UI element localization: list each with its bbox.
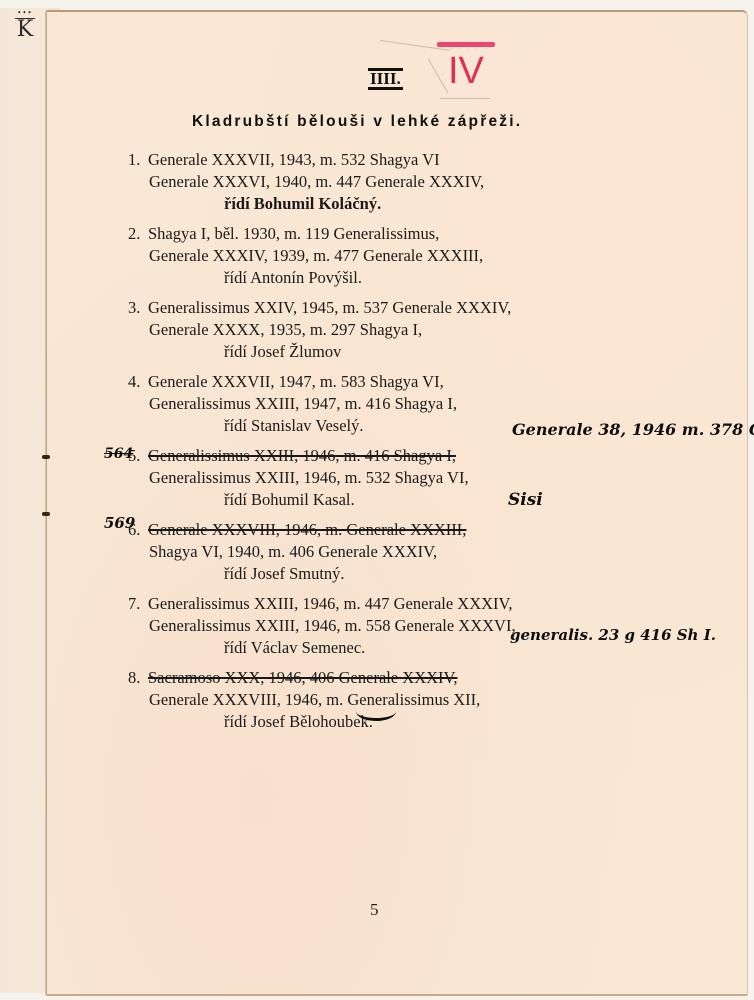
entry-driver: řídí Josef Žlumov	[128, 341, 608, 363]
chapter-numeral-printed: IIII.	[368, 68, 403, 90]
entry-3: 3.Generalissimus XXIV, 1945, m. 537 Gene…	[128, 297, 608, 363]
entry-6: 6.Generale XXXVIII, 1946, m. Generale XX…	[128, 519, 608, 585]
chapter-numeral-red: IV	[448, 46, 498, 96]
entry-line2: Generale XXXX, 1935, m. 297 Shagya I,	[128, 319, 608, 341]
entry-line2: Shagya VI, 1940, m. 406 Generale XXXIV,	[128, 541, 608, 563]
handwritten-margin-entry-5: 564	[104, 446, 133, 462]
end-ornament	[356, 702, 396, 721]
entry-line2: Generale XXXVI, 1940, m. 447 Generale XX…	[128, 171, 608, 193]
entry-line1-struck: Generalissimus XXIII, 1946, m. 416 Shagy…	[148, 446, 456, 465]
handwritten-note-entry-6: Sisi	[508, 490, 543, 510]
entry-line1: Generalissimus XXIV, 1945, m. 537 Genera…	[148, 298, 511, 317]
entry-8: 8.Sacramoso XXX, 1946, 406 Generale XXXI…	[128, 667, 608, 733]
entry-line1-struck: Generale XXXVIII, 1946, m. Generale XXXI…	[148, 520, 466, 539]
entry-line1: Generalissimus XXIII, 1946, m. 447 Gener…	[148, 594, 512, 613]
entry-number: 1.	[128, 149, 148, 171]
entry-number: 7.	[128, 593, 148, 615]
entry-driver: řídí Antonín Povýšil.	[128, 267, 608, 289]
staple-icon	[42, 512, 50, 516]
handwritten-margin-entry-6: 569	[104, 514, 135, 532]
pencil-stroke	[440, 98, 490, 99]
logo-letter: K	[12, 19, 38, 41]
entry-2: 2.Shagya I, běl. 1930, m. 119 Generaliss…	[128, 223, 608, 289]
entry-driver: řídí Bohumil Koláčný.	[128, 193, 608, 215]
page-heading: Kladrubští bělouši v lehké zápřeži.	[192, 113, 522, 131]
entry-number: 2.	[128, 223, 148, 245]
entry-line1-struck: Sacramoso XXX, 1946, 406 Generale XXXIV,	[148, 668, 457, 687]
staple-icon	[42, 455, 50, 459]
entry-driver: řídí Josef Smutný.	[128, 563, 608, 585]
crown-dots-icon: •••	[12, 10, 38, 17]
entry-number: 8.	[128, 667, 148, 689]
entry-list: 1.Generale XXXVII, 1943, m. 532 Shagya V…	[128, 149, 608, 741]
entry-number: 3.	[128, 297, 148, 319]
entry-line1: Generale XXXVII, 1947, m. 583 Shagya VI,	[148, 372, 444, 391]
handwritten-note-entry-5: Generale 38, 1946 m. 378 G 33	[512, 420, 754, 439]
library-logo: ••• K	[12, 10, 38, 41]
entry-line1: Shagya I, běl. 1930, m. 119 Generalissim…	[148, 224, 439, 243]
page-number: 5	[370, 900, 379, 920]
entry-1: 1.Generale XXXVII, 1943, m. 532 Shagya V…	[128, 149, 608, 215]
entry-line2: Generalissimus XXIII, 1946, m. 532 Shagy…	[128, 467, 608, 489]
entry-line1: Generale XXXVII, 1943, m. 532 Shagya VI	[148, 150, 440, 169]
entry-number: 4.	[128, 371, 148, 393]
entry-line2: Generalissimus XXIII, 1947, m. 416 Shagy…	[128, 393, 608, 415]
entry-line2: Generale XXXIV, 1939, m. 477 Generale XX…	[128, 245, 608, 267]
handwritten-note-entry-8: generalis. 23 g 416 Sh I.	[510, 626, 716, 644]
